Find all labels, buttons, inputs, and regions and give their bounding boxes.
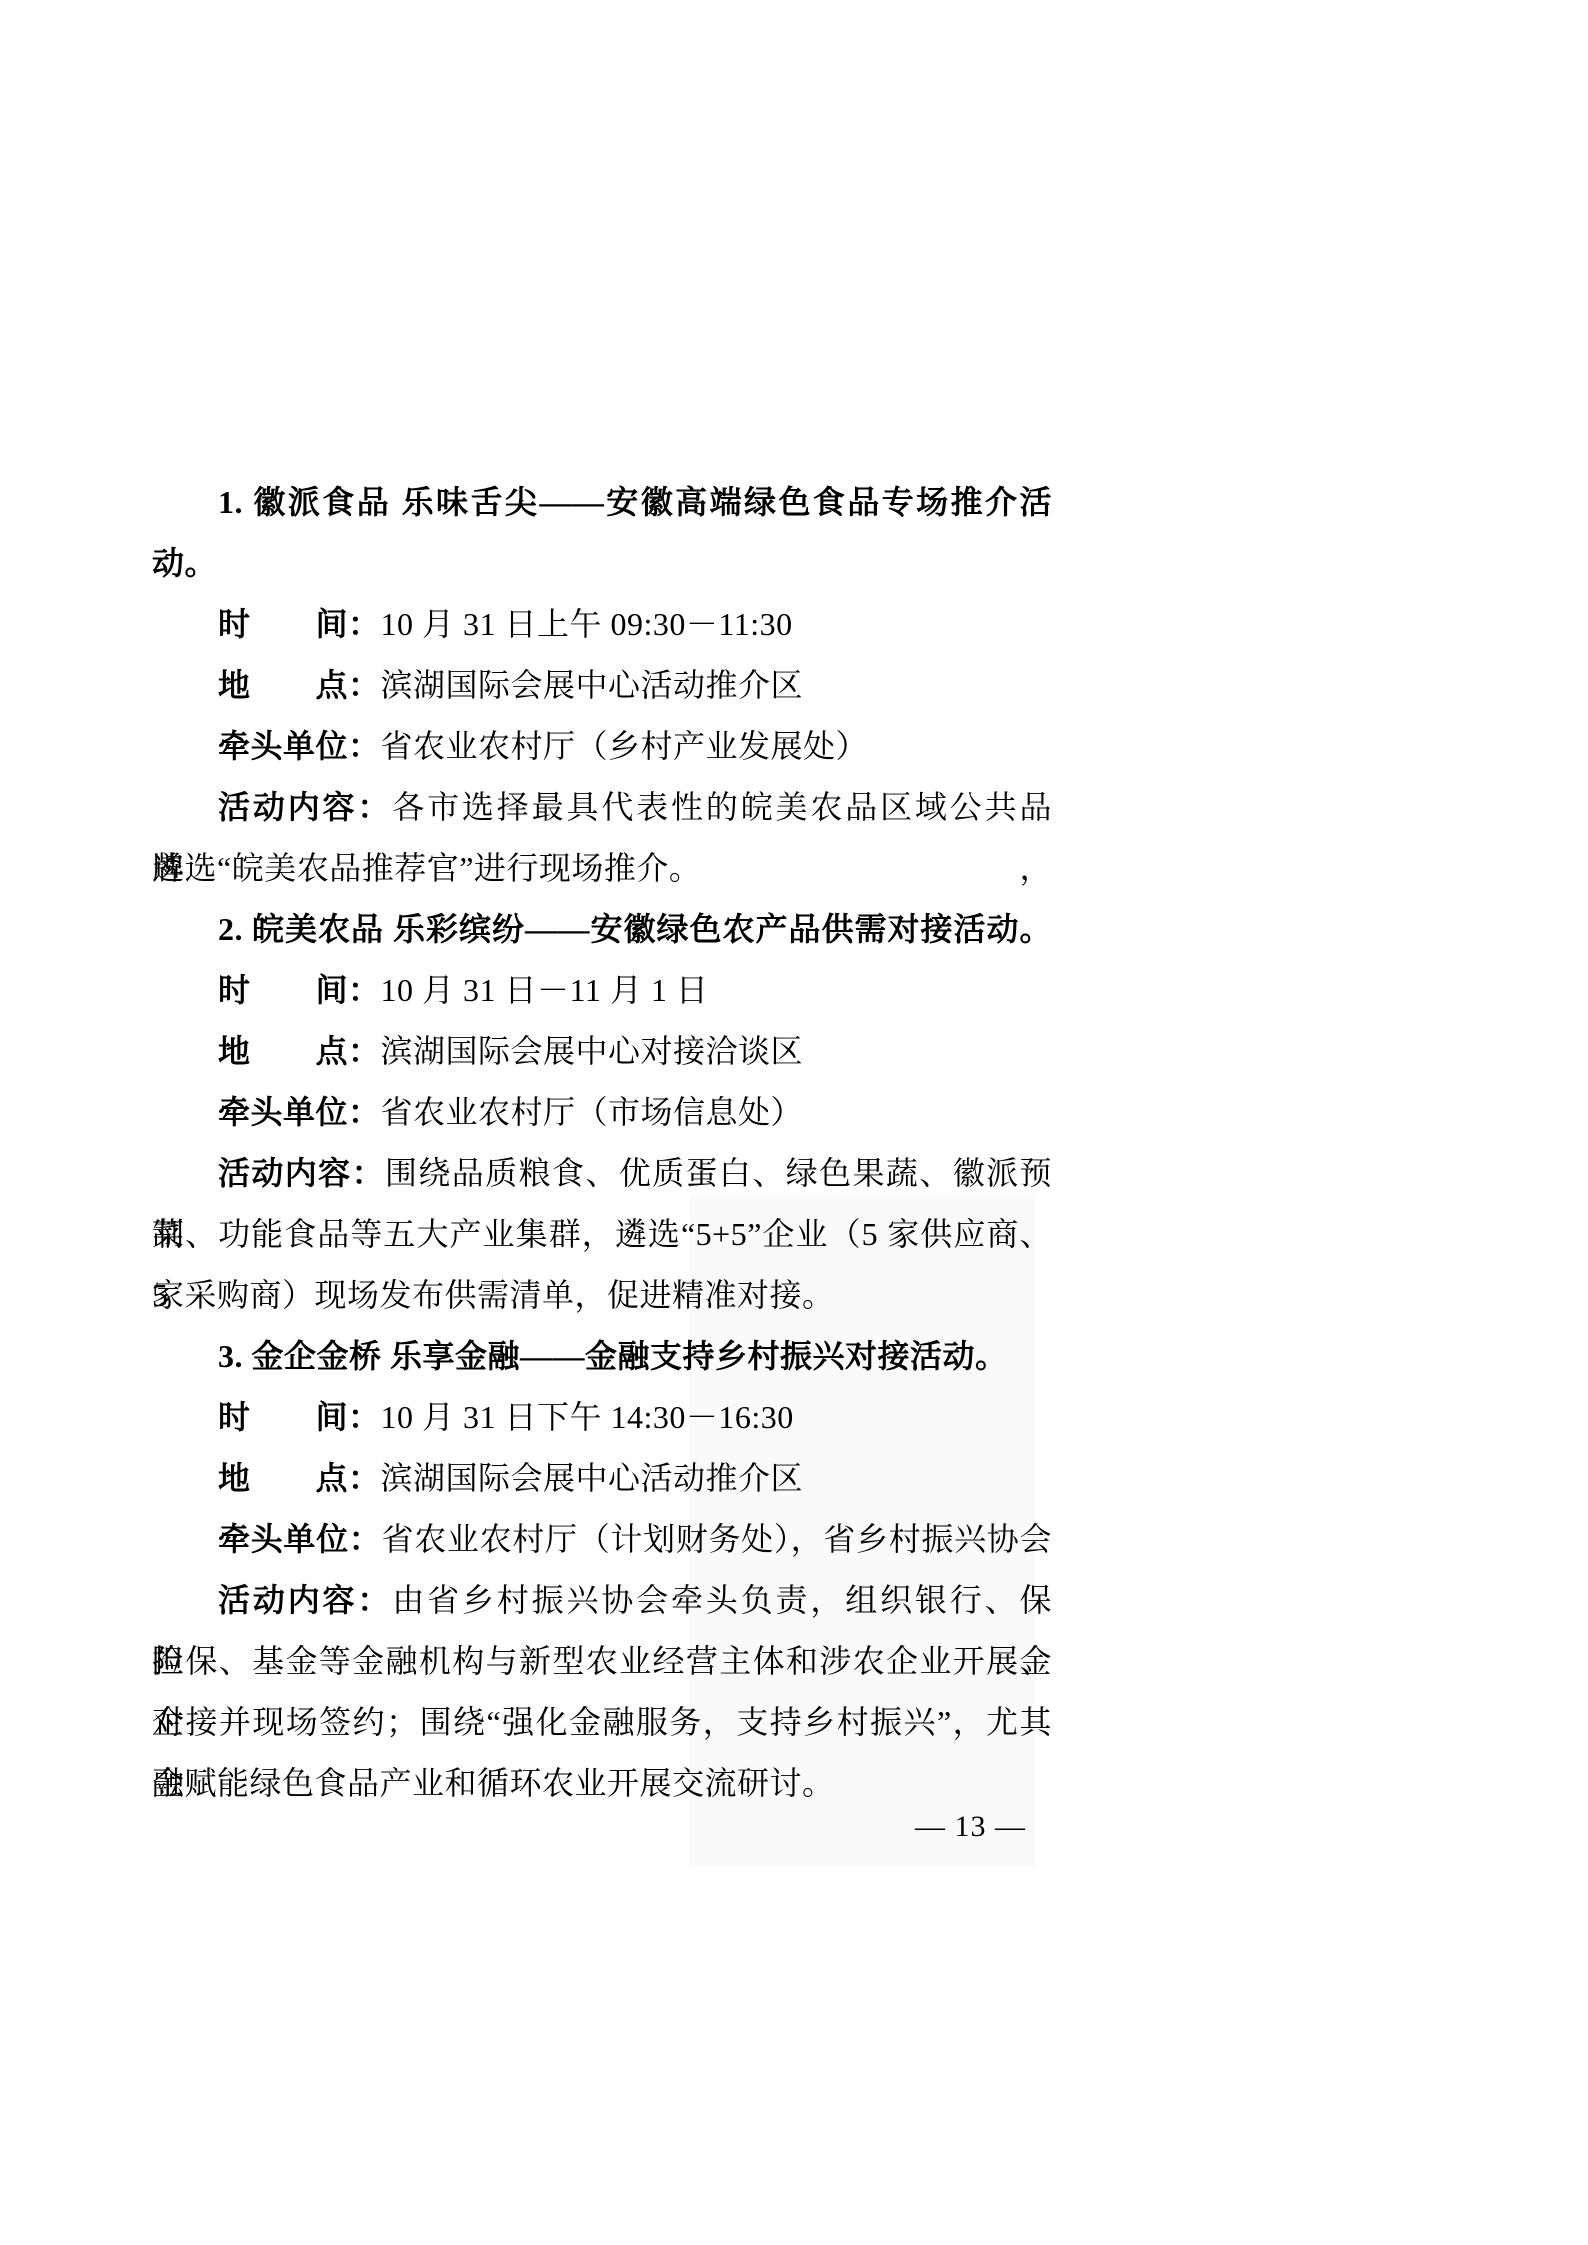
field-label: 牵头单位：	[218, 728, 381, 764]
heading-line: 3. 金企金桥 乐享金融——金融支持乡村振兴对接活动。	[152, 1326, 1052, 1387]
document-body: 1. 徽派食品 乐味舌尖——安徽高端绿色食品专场推介活动。时 间：10 月 31…	[152, 472, 1052, 1814]
field-label: 地 点：	[218, 1460, 381, 1496]
field-value: 10 月 31 日－11 月 1 日	[381, 972, 709, 1008]
field-line: 牵头单位：省农业农村厅（市场信息处）	[152, 1082, 1052, 1143]
field-line: 地 点：滨湖国际会展中心活动推介区	[152, 1448, 1052, 1509]
field-label: 活动内容：	[218, 1155, 385, 1191]
field-line: 活动内容：围绕品质粮食、优质蛋白、绿色果蔬、徽派预制	[152, 1143, 1052, 1204]
field-line: 时 间：10 月 31 日上午 09:30－11:30	[152, 594, 1052, 655]
field-label: 地 点：	[218, 667, 381, 703]
heading-line: 动。	[152, 533, 1052, 594]
field-label: 活动内容：	[218, 1582, 392, 1618]
field-label: 地 点：	[218, 1033, 381, 1069]
body-line: 菜、功能食品等五大产业集群，遴选“5+5”企业（5 家供应商、5	[152, 1204, 1052, 1265]
field-value: 省农业农村厅（乡村产业发展处）	[381, 728, 869, 764]
field-line: 地 点：滨湖国际会展中心活动推介区	[152, 655, 1052, 716]
field-value: 滨湖国际会展中心活动推介区	[381, 667, 804, 703]
field-value: 滨湖国际会展中心活动推介区	[381, 1460, 804, 1496]
field-line: 地 点：滨湖国际会展中心对接洽谈区	[152, 1021, 1052, 1082]
field-line: 活动内容：各市选择最具代表性的皖美农品区域公共品牌，	[152, 777, 1052, 838]
field-line: 牵头单位：省农业农村厅（计划财务处），省乡村振兴协会	[152, 1509, 1052, 1570]
body-line: 担保、基金等金融机构与新型农业经营主体和涉农企业开展金企	[152, 1631, 1052, 1692]
field-value: 10 月 31 日下午 14:30－16:30	[381, 1399, 794, 1435]
field-line: 牵头单位：省农业农村厅（乡村产业发展处）	[152, 716, 1052, 777]
field-label: 牵头单位：	[218, 1521, 382, 1557]
field-value: 省农业农村厅（市场信息处）	[381, 1094, 804, 1130]
field-value: 10 月 31 日上午 09:30－11:30	[381, 606, 793, 642]
field-value: 省农业农村厅（计划财务处），省乡村振兴协会	[382, 1521, 1052, 1557]
body-line: 对接并现场签约；围绕“强化金融服务，支持乡村振兴”，尤其金	[152, 1692, 1052, 1753]
body-line: 融赋能绿色食品产业和循环农业开展交流研讨。	[152, 1753, 1052, 1814]
heading-line: 2. 皖美农品 乐彩缤纷——安徽绿色农产品供需对接活动。	[152, 899, 1052, 960]
field-label: 时 间：	[218, 1399, 381, 1435]
heading-line: 1. 徽派食品 乐味舌尖——安徽高端绿色食品专场推介活	[152, 472, 1052, 533]
field-label: 牵头单位：	[218, 1094, 381, 1130]
field-label: 时 间：	[218, 606, 381, 642]
field-label: 活动内容：	[218, 789, 392, 825]
field-label: 时 间：	[218, 972, 381, 1008]
body-line: 家采购商）现场发布供需清单，促进精准对接。	[152, 1265, 1052, 1326]
page-number: — 13 —	[152, 1806, 1052, 1848]
field-value: 滨湖国际会展中心对接洽谈区	[381, 1033, 804, 1069]
field-line: 时 间：10 月 31 日－11 月 1 日	[152, 960, 1052, 1021]
document-page: 1. 徽派食品 乐味舌尖——安徽高端绿色食品专场推介活动。时 间：10 月 31…	[0, 0, 1588, 2245]
field-line: 时 间：10 月 31 日下午 14:30－16:30	[152, 1387, 1052, 1448]
field-line: 活动内容：由省乡村振兴协会牵头负责，组织银行、保险、	[152, 1570, 1052, 1631]
